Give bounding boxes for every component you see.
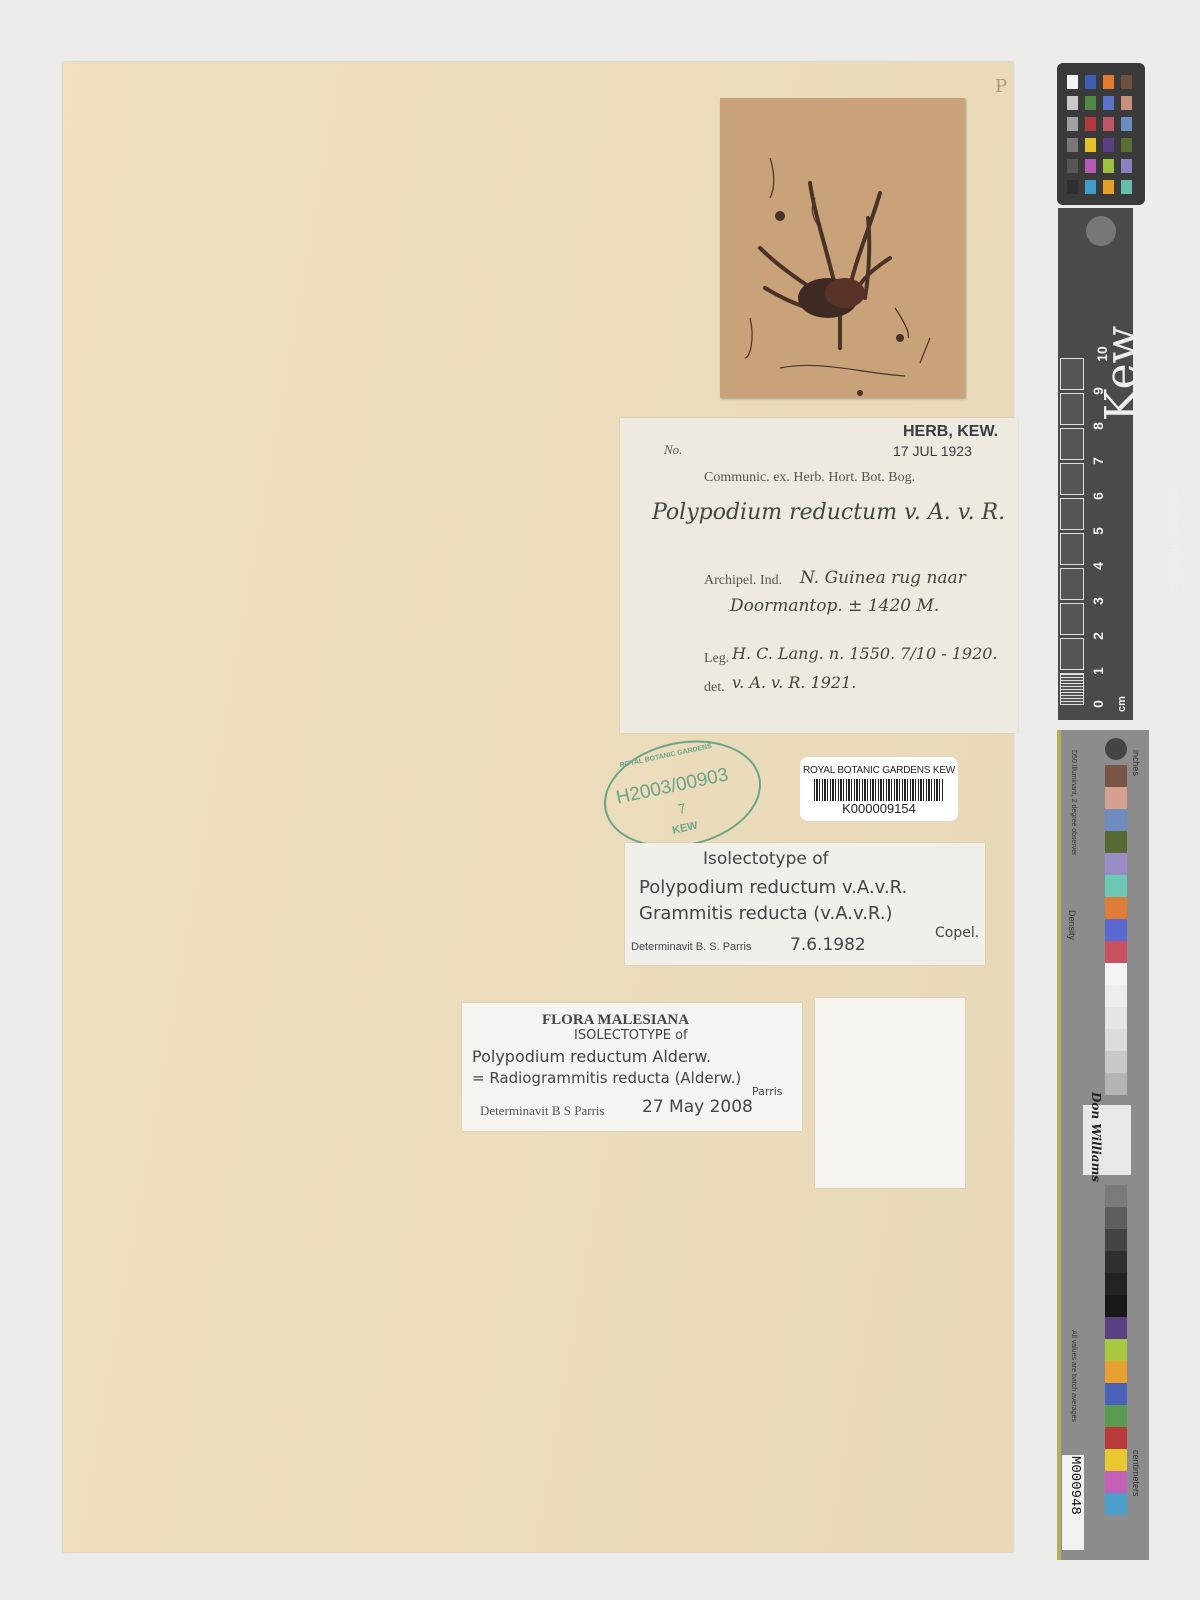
scale-segment bbox=[1060, 603, 1084, 635]
determiner-value: v. A. v. R. 1921. bbox=[732, 673, 856, 692]
swatch bbox=[1085, 180, 1096, 194]
patch bbox=[1105, 1317, 1127, 1339]
stamp-bottom-text: KEW bbox=[671, 820, 699, 837]
swatch bbox=[1103, 96, 1114, 110]
kew-logo: Kew bbox=[1096, 326, 1147, 421]
patch bbox=[1105, 1405, 1127, 1427]
patch bbox=[1105, 897, 1127, 919]
patch bbox=[1105, 1007, 1127, 1029]
patch bbox=[1105, 831, 1127, 853]
patch bbox=[1105, 875, 1127, 897]
patch bbox=[1105, 963, 1127, 985]
swatch bbox=[1121, 180, 1132, 194]
patch bbox=[1105, 1029, 1127, 1051]
registration-dot-icon bbox=[1105, 738, 1127, 760]
patch bbox=[1105, 787, 1127, 809]
patch bbox=[1105, 1229, 1127, 1251]
taxon-name: Polypodium reductum v. A. v. R. bbox=[652, 500, 1005, 525]
patch bbox=[1105, 809, 1127, 831]
swatch bbox=[1121, 117, 1132, 131]
swatch bbox=[1067, 138, 1078, 152]
scale-segment bbox=[1060, 463, 1084, 495]
swatch bbox=[1067, 159, 1078, 173]
patch bbox=[1105, 1051, 1127, 1073]
accession-sub: 7 bbox=[676, 800, 687, 817]
isolectotype-label: Isolectotype of Polypodium reductum v.A.… bbox=[625, 843, 985, 965]
scale-segment bbox=[1060, 673, 1084, 705]
serial-number: M000948 bbox=[1067, 1456, 1083, 1546]
scale-segment bbox=[1060, 428, 1084, 460]
flora-status: ISOLECTOTYPE of bbox=[574, 1028, 688, 1043]
serial-number-label: M000948 bbox=[1062, 1455, 1084, 1550]
patch bbox=[1105, 1185, 1127, 1207]
patch bbox=[1105, 1295, 1127, 1317]
iso-line-2: Polypodium reductum v.A.v.R. bbox=[639, 877, 907, 898]
tick-9: 9 bbox=[1090, 387, 1106, 395]
iso-date: 7.6.1982 bbox=[790, 935, 866, 955]
don-williams-brand: Don Williams bbox=[1089, 1092, 1103, 1182]
color-reference-strip: Don Williams inches centimeters Density … bbox=[1057, 730, 1149, 1560]
flora-line-1: Polypodium reductum Alderw. bbox=[472, 1047, 711, 1066]
patch bbox=[1105, 1361, 1127, 1383]
communic-line: Communic. ex. Herb. Hort. Bot. Bog. bbox=[704, 470, 915, 486]
flora-line-2: = Radiogrammitis reducta (Alderw.) bbox=[472, 1069, 741, 1087]
scale-segment bbox=[1060, 393, 1084, 425]
flora-heading: FLORA MALESIANA bbox=[542, 1012, 689, 1029]
swatch bbox=[1103, 138, 1114, 152]
swatch bbox=[1121, 75, 1132, 89]
patch bbox=[1105, 1493, 1127, 1515]
swatch bbox=[1085, 117, 1096, 131]
tick-3: 3 bbox=[1090, 597, 1106, 605]
det-prefix: det. bbox=[704, 680, 725, 696]
patch bbox=[1105, 1383, 1127, 1405]
patch bbox=[1105, 1427, 1127, 1449]
patch bbox=[1105, 985, 1127, 1007]
swatch bbox=[1067, 117, 1078, 131]
patch bbox=[1105, 1251, 1127, 1273]
patch bbox=[1105, 941, 1127, 963]
iso-line-3: Grammitis reducta (v.A.v.R.) bbox=[639, 903, 893, 924]
locality-line-1: N. Guinea rug naar bbox=[800, 568, 966, 588]
swatch bbox=[1103, 117, 1114, 131]
accession-number: H2003/00903 bbox=[614, 764, 730, 809]
iso-line-1: Isolectotype of bbox=[703, 849, 829, 869]
tick-2: 2 bbox=[1090, 632, 1106, 640]
swatch bbox=[1067, 180, 1078, 194]
batch-note: All values are batch averages bbox=[1070, 1330, 1077, 1422]
tick-8: 8 bbox=[1090, 422, 1106, 430]
patch bbox=[1105, 919, 1127, 941]
patch bbox=[1105, 765, 1127, 787]
swatch bbox=[1085, 159, 1096, 173]
centimeters-label: centimeters bbox=[1131, 1450, 1141, 1497]
swatch bbox=[1103, 75, 1114, 89]
tick-4: 4 bbox=[1090, 562, 1106, 570]
tick-5: 5 bbox=[1090, 527, 1106, 535]
tick-0: 0 bbox=[1090, 700, 1106, 708]
specimen-packet bbox=[720, 98, 965, 398]
iso-determinavit: Determinavit B. S. Parris bbox=[631, 941, 751, 953]
herb-kew-stamp: HERB, KEW. bbox=[903, 423, 998, 441]
barcode-institution: ROYAL BOTANIC GARDENS KEW bbox=[800, 765, 958, 776]
patch bbox=[1105, 1207, 1127, 1229]
tick-6: 6 bbox=[1090, 492, 1106, 500]
patch bbox=[1105, 1073, 1127, 1095]
illuminant-note: D50 Illuminant, 2 degree observer bbox=[1070, 750, 1077, 855]
swatch bbox=[1121, 96, 1132, 110]
barcode-number: K000009154 bbox=[800, 801, 958, 816]
scale-segment bbox=[1060, 568, 1084, 600]
swatch bbox=[1085, 96, 1096, 110]
received-date-stamp: 17 JUL 1923 bbox=[893, 443, 972, 459]
tick-1: 1 bbox=[1090, 667, 1106, 675]
fragment-packet bbox=[815, 998, 965, 1188]
scale-segment bbox=[1060, 498, 1084, 530]
scale-segment bbox=[1060, 638, 1084, 670]
swatch bbox=[1121, 138, 1132, 152]
kew-scale-bar: Kew 10 9 8 7 6 5 4 3 2 1 0 cm copyright … bbox=[1058, 208, 1133, 720]
patch bbox=[1105, 853, 1127, 875]
tick-7: 7 bbox=[1090, 457, 1106, 465]
tick-10: 10 bbox=[1094, 346, 1110, 362]
locality-prefix: Archipel. Ind. bbox=[704, 573, 782, 589]
unit-cm: cm bbox=[1116, 696, 1128, 712]
flora-malesiana-label: FLORA MALESIANA ISOLECTOTYPE of Polypodi… bbox=[462, 1003, 802, 1131]
scale-segment bbox=[1060, 358, 1084, 390]
swatch bbox=[1085, 75, 1096, 89]
color-checker-card bbox=[1057, 63, 1145, 205]
swatch bbox=[1103, 180, 1114, 194]
density-label: Density bbox=[1067, 910, 1077, 940]
flora-author: Parris bbox=[752, 1085, 783, 1098]
leg-prefix: Leg. bbox=[704, 651, 729, 667]
corner-mark: P bbox=[995, 76, 1007, 97]
swatch bbox=[1067, 75, 1078, 89]
barcode-label: ROYAL BOTANIC GARDENS KEW K000009154 bbox=[800, 757, 958, 821]
patch bbox=[1105, 1273, 1127, 1295]
locality-line-2: Doormantop. ± 1420 M. bbox=[730, 596, 939, 616]
copyright-text: copyright reserved bbox=[1167, 435, 1181, 595]
royal-crest-icon bbox=[1086, 216, 1116, 246]
patch bbox=[1105, 1449, 1127, 1471]
fern-specimen-icon bbox=[720, 98, 965, 398]
barcode-icon bbox=[814, 779, 944, 801]
inches-label: inches bbox=[1131, 750, 1141, 776]
scale-segment bbox=[1060, 533, 1084, 565]
swatch bbox=[1103, 159, 1114, 173]
swatch bbox=[1067, 96, 1078, 110]
flora-date: 27 May 2008 bbox=[642, 1097, 753, 1117]
iso-author: Copel. bbox=[935, 925, 979, 941]
patch bbox=[1105, 1339, 1127, 1361]
flora-determinavit: Determinavit B S Parris bbox=[480, 1103, 605, 1119]
number-label: No. bbox=[664, 442, 682, 458]
swatch bbox=[1085, 138, 1096, 152]
collector-value: H. C. Lang. n. 1550. 7/10 - 1920. bbox=[732, 644, 998, 663]
swatch bbox=[1121, 159, 1132, 173]
patch bbox=[1105, 1471, 1127, 1493]
original-collection-label: No. HERB, KEW. 17 JUL 1923 Communic. ex.… bbox=[620, 418, 1018, 733]
